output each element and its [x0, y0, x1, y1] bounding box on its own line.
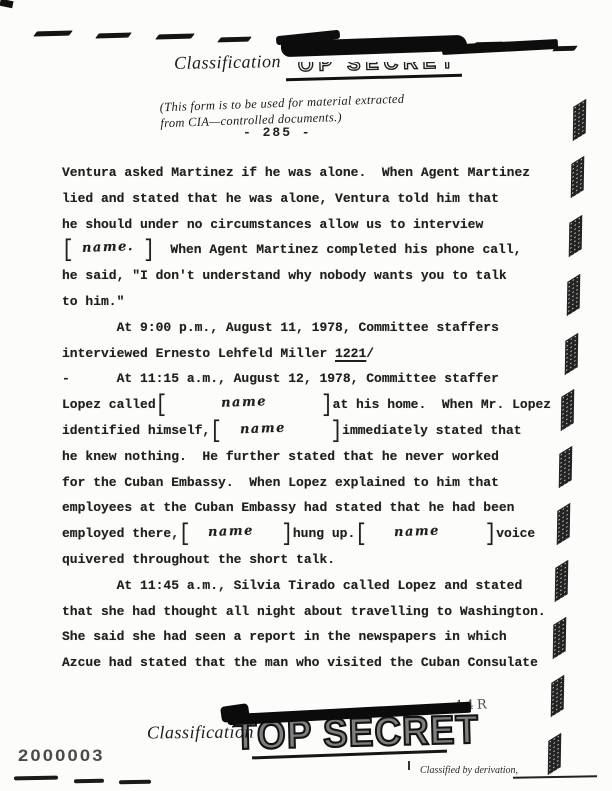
- scan-artifact: [548, 733, 562, 776]
- classification-label-top: Classification: [174, 51, 281, 74]
- signature-line: [513, 775, 597, 778]
- scan-artifact: [408, 761, 410, 770]
- text-line: quivered throughout the short talk.: [62, 547, 582, 573]
- handwritten-name-insert: [ name. ]: [62, 242, 155, 257]
- perforation-mark: [119, 780, 151, 785]
- text-line: employees at the Cuban Embassy had state…: [62, 495, 582, 521]
- document-body: Ventura asked Martinez if he was alone. …: [62, 160, 582, 676]
- document-number-stamp: 2000003: [18, 746, 105, 766]
- text-line: employed there,[ name ]hung up.[ name ]v…: [62, 521, 582, 547]
- footnote-reference: 1221: [335, 346, 366, 361]
- perforation-mark: [74, 779, 104, 784]
- perforation-mark: [14, 776, 58, 781]
- text-line: - At 11:15 a.m., August 12, 1978, Commit…: [62, 366, 582, 392]
- text-line: that she had thought all night about tra…: [62, 599, 582, 625]
- perforation-mark: [33, 30, 73, 36]
- perforation-mark: [217, 37, 252, 43]
- text-line: for the Cuban Embassy. When Lopez explai…: [62, 470, 582, 496]
- scan-artifact: [551, 675, 565, 718]
- text-line: Ventura asked Martinez if he was alone. …: [62, 160, 582, 186]
- handwritten-name-insert: [ name ]: [179, 526, 293, 541]
- text-line: [ name. ] When Agent Martinez completed …: [62, 237, 582, 263]
- handwritten-name-insert: [ name ]: [355, 526, 496, 541]
- text-line: he said, "I don't understand why nobody …: [62, 263, 582, 289]
- scan-artifact: [571, 156, 585, 199]
- text-line: lied and stated that he was alone, Ventu…: [62, 186, 582, 212]
- text-line: he knew nothing. He further stated that …: [62, 444, 582, 470]
- text-line: interviewed Ernesto Lehfeld Miller 1221/: [62, 341, 582, 367]
- text-line: to him.": [62, 289, 582, 315]
- text-line: Azcue had stated that the man who visite…: [62, 650, 582, 676]
- text-line: identified himself,[ name ]immediately s…: [62, 418, 582, 444]
- perforation-mark: [155, 33, 195, 39]
- scanned-document-page: Classification OP SECRET (This form is t…: [0, 0, 612, 791]
- handwritten-name-insert: [ name ]: [210, 423, 342, 438]
- text-line: At 11:45 a.m., Silvia Tirado called Lope…: [62, 573, 582, 599]
- struck-out-stamp-remnant: OP SECRET: [298, 62, 498, 76]
- scan-artifact: [0, 0, 14, 8]
- handwritten-name-insert: [ name ]: [156, 397, 333, 412]
- perforation-mark: [95, 33, 132, 39]
- text-line: She said she had seen a report in the ne…: [62, 624, 582, 650]
- text-line: At 9:00 p.m., August 11, 1978, Committee…: [62, 315, 582, 341]
- classified-by-label: Classified by derivation,: [420, 765, 518, 776]
- page-number: - 285 -: [243, 125, 312, 140]
- scan-artifact: [573, 99, 587, 142]
